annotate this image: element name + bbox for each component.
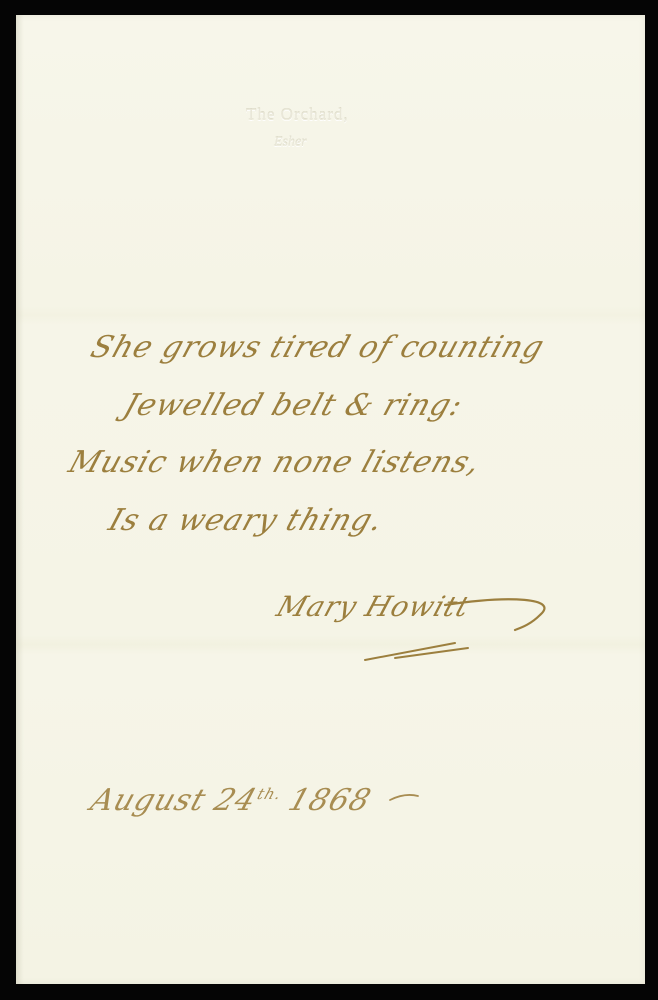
date-suffix: th. (255, 785, 284, 803)
date-day: 24 (210, 783, 262, 818)
date-year: 1868 (284, 783, 376, 818)
signature-flourish (0, 0, 658, 1000)
date-line: August 24th. 1868 (86, 783, 375, 818)
date-month: August (86, 783, 210, 818)
